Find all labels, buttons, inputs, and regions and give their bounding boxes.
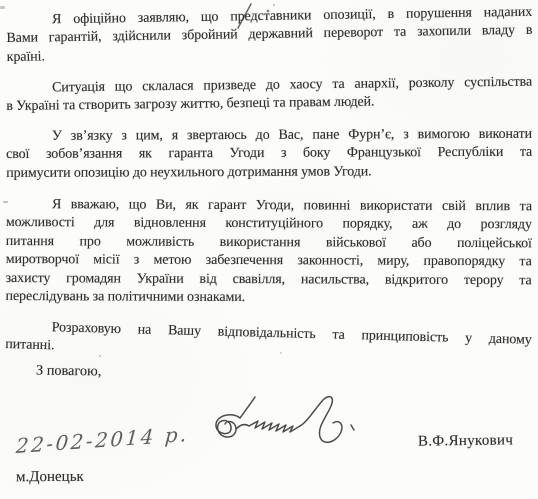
handwritten-date: 22-02-2014 р. [15, 421, 206, 458]
closing-salutation: З повагою, [36, 363, 102, 381]
scan-speck [0, 6, 5, 9]
paragraph-4: Я вважаю, що Ви, як гарант Угоди, повинн… [6, 196, 532, 309]
signature [203, 391, 381, 455]
text-line: переслідувань за політичними ознаками. [6, 288, 532, 309]
city-label: м.Донецьк [16, 469, 84, 486]
text-line: питання про можливість використання війс… [6, 233, 532, 254]
paragraph-1: Я офіційно заявляю, що представники опоз… [6, 4, 533, 67]
paragraph-3: У зв’язку з цим, я звертаюсь до Вас, пан… [6, 126, 532, 183]
paragraph-2: Ситуація що склалася призведе до хаосу т… [6, 74, 532, 117]
text-line: примусити опозицію до неухильного дотрим… [6, 162, 532, 183]
text-line: Я вважаю, що Ви, як гарант Угоди, повинн… [6, 196, 532, 217]
text-line: свої зобов’язання як гаранта Угоди з бок… [6, 144, 532, 165]
text-line: захисту громадян України від свавілля, н… [6, 270, 532, 291]
paragraph-5: Розраховую на Вашу відповідальність та п… [5, 318, 532, 369]
signature-scribble-icon [203, 391, 381, 455]
scanned-letter-page: Я офіційно заявляю, що представники опоз… [0, 0, 538, 499]
text-line: можливості для відновлення конституційно… [6, 214, 532, 235]
signer-name: В.Ф.Янукович [418, 432, 513, 450]
text-line: У зв’язку з цим, я звертаюсь до Вас, пан… [6, 126, 532, 147]
text-line: миротворчої місії з метою забезпечення з… [6, 251, 532, 272]
